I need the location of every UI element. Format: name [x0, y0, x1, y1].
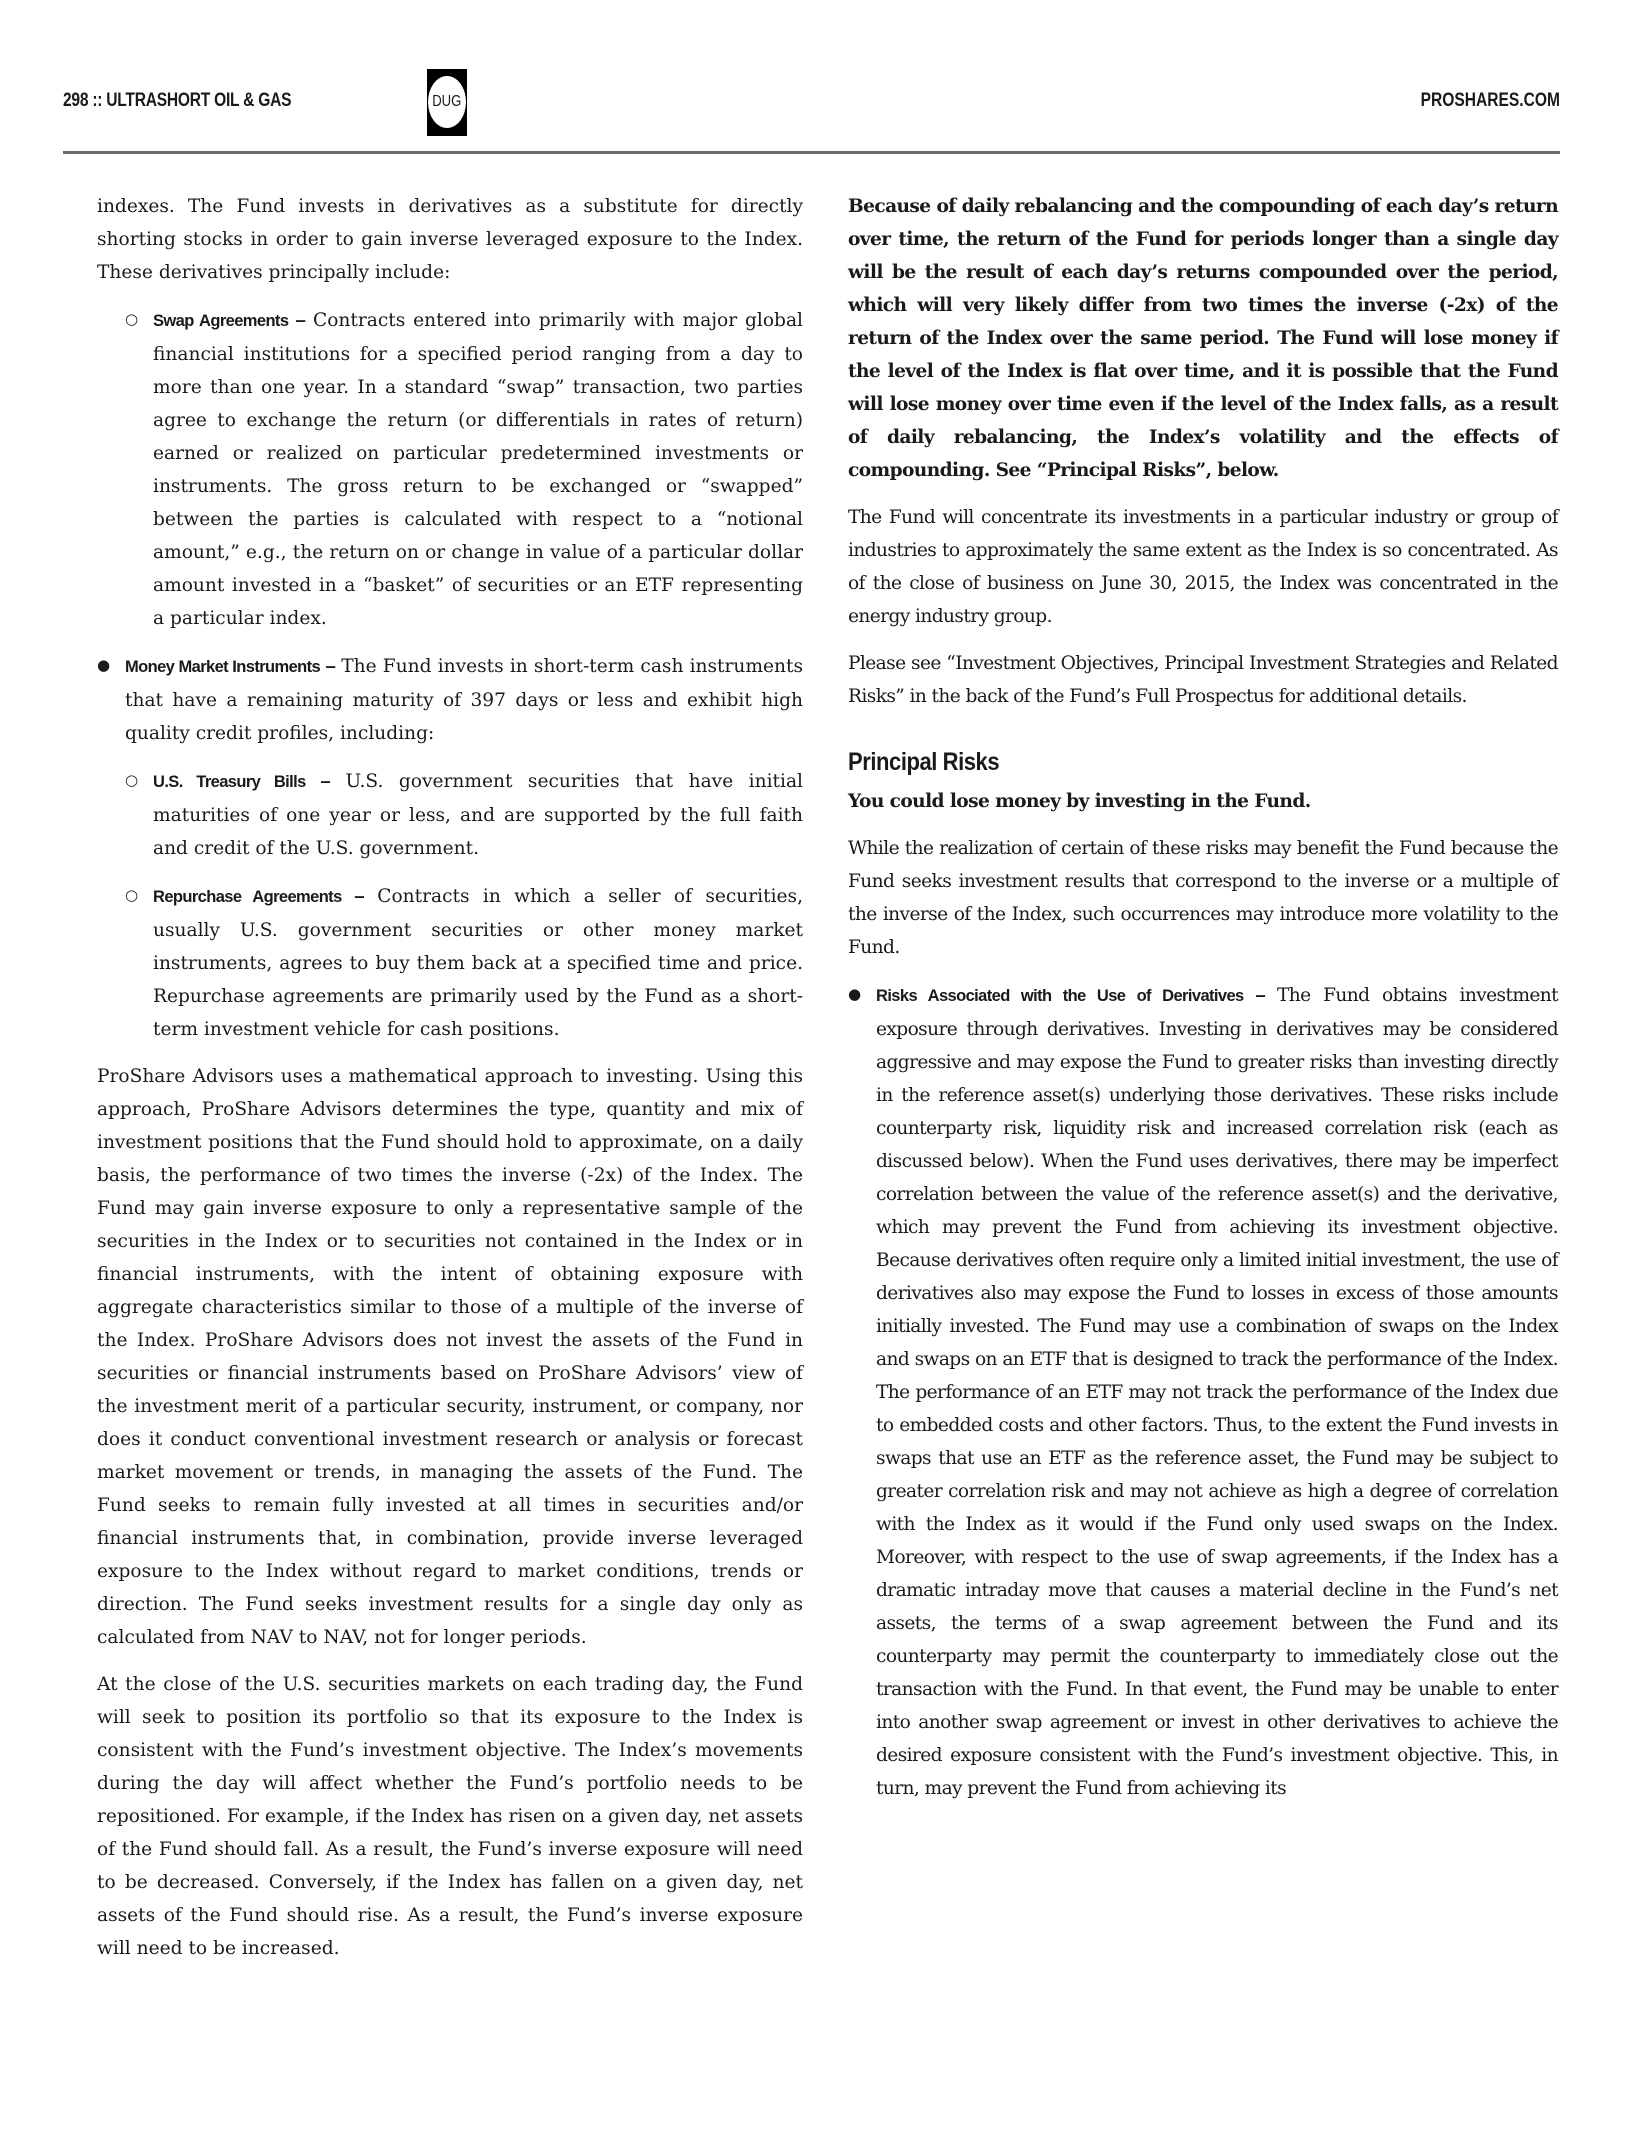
concentration-paragraph: The Fund will concentrate its investment…: [848, 501, 1558, 633]
list-item-treasury-bills: ○ U.S. Treasury Bills – U.S. government …: [125, 764, 803, 865]
right-column: Because of daily rebalancing and the com…: [848, 190, 1558, 1819]
solid-bullet-icon: ●: [848, 978, 861, 1011]
list-item-derivatives-risk: ● Risks Associated with the Use of Deriv…: [848, 978, 1558, 1805]
header-divider: [63, 151, 1560, 154]
em-dash: –: [306, 770, 346, 791]
em-dash: –: [320, 655, 341, 676]
term-swap-agreements: Swap Agreements: [153, 312, 288, 330]
list-item-swap-agreements: ○ Swap Agreements – Contracts entered in…: [125, 303, 803, 635]
page-number-and-fund-title: 298 :: ULTRASHORT OIL & GAS: [63, 90, 291, 112]
list-item-money-market: ● Money Market Instruments – The Fund in…: [97, 649, 803, 750]
term-money-market-instruments: Money Market Instruments: [125, 658, 320, 676]
hollow-bullet-icon: ○: [125, 879, 138, 912]
ticker-badge: DUG: [427, 69, 467, 136]
rebalancing-paragraph: At the close of the U.S. securities mark…: [97, 1668, 803, 1965]
money-market-sublist: ○ U.S. Treasury Bills – U.S. government …: [97, 764, 803, 1046]
left-column: indexes. The Fund invests in derivatives…: [97, 190, 803, 1979]
website-label: PROSHARES.COM: [1421, 90, 1560, 112]
definition-text: The Fund obtains investment exposure thr…: [876, 985, 1558, 1799]
page-header: 298 :: ULTRASHORT OIL & GAS DUG PROSHARE…: [63, 60, 1560, 156]
term-repurchase-agreements: Repurchase Agreements: [153, 888, 342, 906]
section-heading-principal-risks: Principal Risks: [848, 747, 1473, 777]
risk-lead-statement: You could lose money by investing in the…: [848, 785, 1558, 818]
solid-bullet-icon: ●: [97, 649, 110, 682]
see-also-paragraph: Please see “Investment Objectives, Princ…: [848, 647, 1558, 713]
em-dash: –: [342, 885, 378, 906]
intro-paragraph: indexes. The Fund invests in derivatives…: [97, 190, 803, 289]
ticker-badge-circle: DUG: [428, 76, 466, 128]
risks-intro-paragraph: While the realization of certain of thes…: [848, 832, 1558, 964]
hollow-bullet-icon: ○: [125, 303, 138, 336]
term-treasury-bills: U.S. Treasury Bills: [153, 773, 306, 791]
ticker-symbol: DUG: [432, 93, 461, 111]
approach-paragraph: ProShare Advisors uses a mathematical ap…: [97, 1060, 803, 1654]
hollow-bullet-icon: ○: [125, 764, 138, 797]
em-dash: –: [288, 309, 313, 330]
definition-text: Contracts in which a seller of secu­riti…: [153, 886, 803, 1040]
em-dash: –: [1244, 984, 1277, 1005]
derivatives-list: ○ Swap Agreements – Contracts entered in…: [97, 303, 803, 635]
list-item-repurchase-agreements: ○ Repurchase Agreements – Contracts in w…: [125, 879, 803, 1046]
term-derivatives-risk: Risks Associated with the Use of Derivat…: [876, 987, 1244, 1005]
compounding-warning: Because of daily rebalancing and the com…: [848, 190, 1558, 487]
definition-text: Contracts entered into primarily with ma…: [153, 310, 803, 629]
